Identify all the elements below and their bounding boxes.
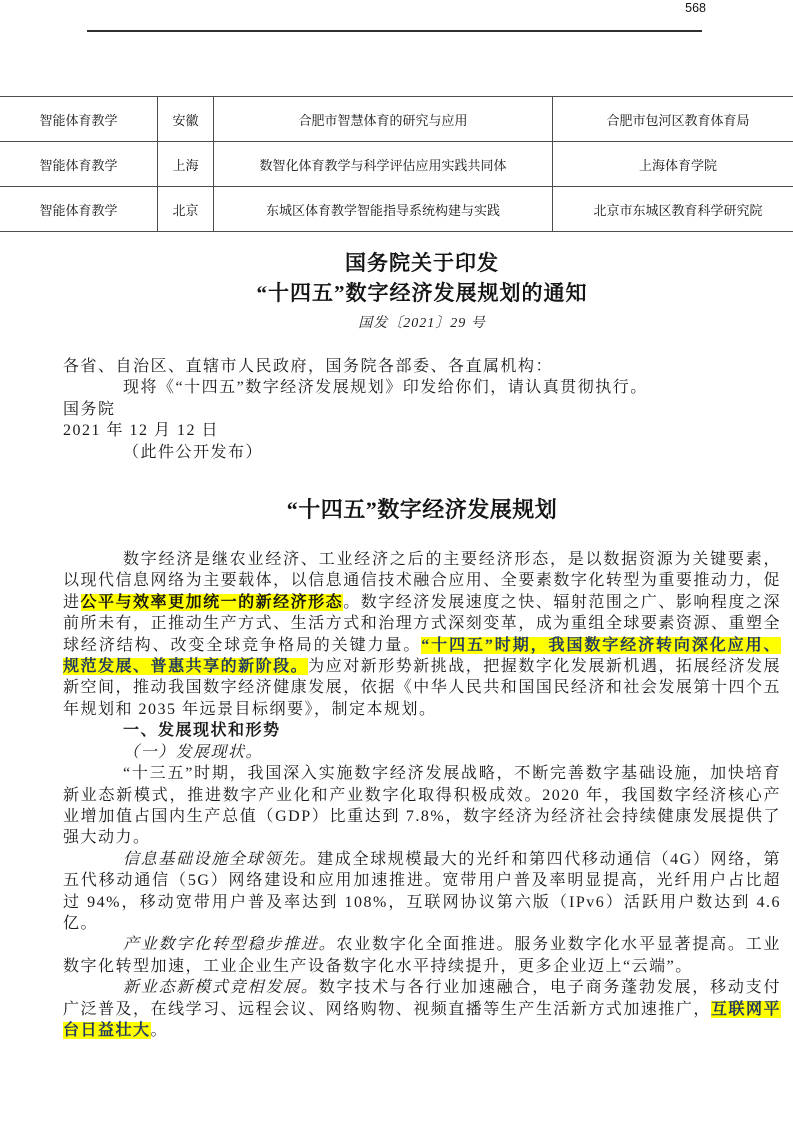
paragraph-infrastructure: 信息基础设施全球领先。建成全球规模最大的光纤和第四代移动通信（4G）网络，第五代… (63, 849, 781, 935)
intro-paragraph: 数字经济是继农业经济、工业经济之后的主要经济形态，是以数据资源为关键要素，以现代… (63, 549, 781, 720)
page-number: 568 (685, 1, 706, 15)
paragraph-new-business-models: 新业态新模式竞相发展。数字技术与各行业加速融合，电子商务蓬勃发展，移动支付广泛普… (63, 977, 781, 1041)
paragraph-13th-five-year: “十三五”时期，我国深入实施数字经济发展战略，不断完善数字基础设施，加快培育新业… (63, 763, 781, 849)
table-cell-category: 智能体育教学 (0, 187, 158, 232)
public-release-note: （此件公开发布） (63, 442, 781, 463)
header-rule (87, 30, 702, 32)
table-cell-province: 上海 (158, 142, 214, 187)
plan-body: 数字经济是继农业经济、工业经济之后的主要经济形态，是以数据资源为关键要素，以现代… (63, 549, 781, 1041)
table-cell-category: 智能体育教学 (0, 97, 158, 142)
table-cell-organization: 合肥市包河区教育体育局 (553, 97, 793, 142)
infrastructure-lead: 信息基础设施全球领先。 (123, 851, 317, 868)
models-text-2: 。 (151, 1022, 169, 1039)
table-cell-province: 北京 (158, 187, 214, 232)
table-cell-province: 安徽 (158, 97, 214, 142)
plan-heading: “十四五”数字经济发展规划 (63, 494, 781, 526)
document-page: 568 智能体育教学 安徽 合肥市智慧体育的研究与应用 合肥市包河区教育体育局 … (0, 0, 793, 1122)
table-row: 智能体育教学 上海 数智化体育教学与科学评估应用实践共同体 上海体育学院 (0, 142, 793, 187)
transmittal-text: 现将《“十四五”数字经济发展规划》印发给你们，请认真贯彻执行。 (63, 377, 781, 398)
table-row: 智能体育教学 安徽 合肥市智慧体育的研究与应用 合肥市包河区教育体育局 (0, 97, 793, 142)
document-number: 国发〔2021〕29 号 (63, 312, 781, 336)
section-heading-1: 一、发展现状和形势 (63, 720, 781, 741)
table-cell-project: 东城区体育教学智能指导系统构建与实践 (214, 187, 553, 232)
table-cell-category: 智能体育教学 (0, 142, 158, 187)
notice-title-line2: “十四五”数字经济发展规划的通知 (63, 278, 781, 308)
notice-title-line1: 国务院关于印发 (63, 248, 781, 278)
table-cell-organization: 上海体育学院 (553, 142, 793, 187)
issue-date: 2021 年 12 月 12 日 (63, 420, 781, 441)
table-row: 智能体育教学 北京 东城区体育教学智能指导系统构建与实践 北京市东城区教育科学研… (0, 187, 793, 232)
industry-lead: 产业数字化转型稳步推进。 (123, 936, 337, 953)
document-content: 国务院关于印发 “十四五”数字经济发展规划的通知 国发〔2021〕29 号 各省… (63, 248, 781, 1041)
salutation: 各省、自治区、直辖市人民政府，国务院各部委、各直属机构： (63, 356, 781, 377)
highlight-new-economy-form: 公平与效率更加统一的新经济形态 (81, 594, 344, 611)
models-lead: 新业态新模式竞相发展。 (123, 979, 319, 996)
notice-letter: 各省、自治区、直辖市人民政府，国务院各部委、各直属机构： 现将《“十四五”数字经… (63, 356, 781, 463)
table-cell-organization: 北京市东城区教育科学研究院 (553, 187, 793, 232)
subsection-heading-1: （一）发展现状。 (63, 742, 781, 763)
table-cell-project: 合肥市智慧体育的研究与应用 (214, 97, 553, 142)
paragraph-industry-digitalization: 产业数字化转型稳步推进。农业数字化全面推进。服务业数字化水平显著提高。工业数字化… (63, 934, 781, 977)
projects-table: 智能体育教学 安徽 合肥市智慧体育的研究与应用 合肥市包河区教育体育局 智能体育… (0, 96, 793, 232)
table-cell-project: 数智化体育教学与科学评估应用实践共同体 (214, 142, 553, 187)
signer: 国务院 (63, 399, 781, 420)
